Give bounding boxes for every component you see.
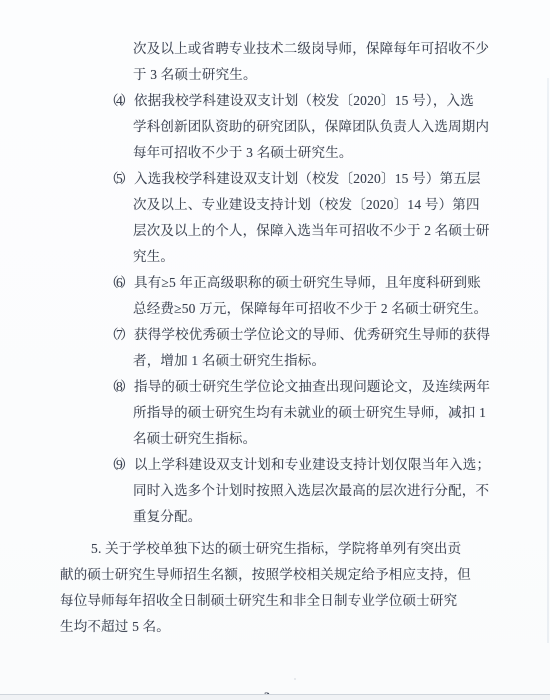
document-body: 次及以上或省聘专业技术二级岗导师，保障每年可招收不少于 3 名硕士研究生。（4）… [0,36,550,640]
item-wrapped-line: 重复分配。 [133,504,550,530]
numbered-item-first-line: （5）入选我校学科建设双支计划（校发〔2020〕15 号）第五层 [105,166,550,192]
numbered-item: （9）以上学科建设双支计划和专业建设支持计划仅限当年入选；同时入选多个计划时按照… [0,452,550,530]
numbered-item-first-line: （8）指导的硕士研究生学位论文抽查出现问题论文，及连续两年 [105,374,550,400]
item-line-text: 具有≥5 年正高级职称的硕士研究生导师，且年度科研到账 [134,275,481,290]
item-line-text: 入选我校学科建设双支计划（校发〔2020〕15 号）第五层 [134,171,481,186]
item-wrapped-line: 每年可招收不少于 3 名硕士研究生。 [133,140,550,166]
numbered-item-first-line: （4）依据我校学科建设双支计划（校发〔2020〕15 号），入选 [105,88,550,114]
carryover-line: 次及以上或省聘专业技术二级岗导师，保障每年可招收不少 [133,36,550,62]
closing-paragraph-line: 生均不超过 5 名。 [60,614,550,640]
item-line-text: 指导的硕士研究生学位论文抽查出现问题论文，及连续两年 [134,379,490,394]
item-number-marker: （6） [105,270,133,296]
item-number-marker: （5） [105,166,133,192]
scan-speckle [294,678,296,680]
item-wrapped-line: 学科创新团队资助的研究团队，保障团队负责人入选周期内 [133,114,550,140]
scan-speckle [482,384,485,387]
numbered-item-first-line: （6）具有≥5 年正高级职称的硕士研究生导师，且年度科研到账 [105,270,550,296]
item-wrapped-line: 所指导的硕士研究生均有未就业的硕士研究生导师，减扣 1 [133,400,550,426]
item-wrapped-line: 次及以上、专业建设支持计划（校发〔2020〕14 号）第四 [133,192,550,218]
item-number-marker: （7） [105,322,133,348]
page-bottom-edge [0,694,550,700]
numbered-item: （4）依据我校学科建设双支计划（校发〔2020〕15 号），入选学科创新团队资助… [0,88,550,166]
closing-paragraph-line: 每位导师每年招收全日制硕士研究生和非全日制专业学位硕士研究 [60,588,550,614]
item-wrapped-line: 名硕士研究生指标。 [133,426,550,452]
numbered-item: （7）获得学校优秀硕士学位论文的导师、优秀研究生导师的获得者，增加 1 名硕士研… [0,322,550,374]
item-wrapped-line: 总经费≥50 万元，保障每年可招收不少于 2 名硕士研究生。 [133,296,550,322]
item-wrapped-line: 层次及以上的个人，保障入选当年可招收不少于 2 名硕士研 [133,218,550,244]
item-number-marker: （4） [105,88,133,114]
scanned-document-page: 次及以上或省聘专业技术二级岗导师，保障每年可招收不少于 3 名硕士研究生。（4）… [0,0,550,700]
item-number-marker: （9） [105,452,133,478]
item-wrapped-line: 究生。 [133,244,550,270]
scan-edge-line [547,78,549,643]
numbered-item: （6）具有≥5 年正高级职称的硕士研究生导师，且年度科研到账总经费≥50 万元，… [0,270,550,322]
closing-paragraph-line: 5. 关于学校单独下达的硕士研究生指标，学院将单列有突出贡 [60,536,550,562]
item-line-text: 以上学科建设双支计划和专业建设支持计划仅限当年入选； [134,457,490,472]
numbered-item: （8）指导的硕士研究生学位论文抽查出现问题论文，及连续两年所指导的硕士研究生均有… [0,374,550,452]
closing-paragraph-line: 献的硕士研究生导师招生名额，按照学校相关规定给予相应支持，但 [60,562,550,588]
page-number: 3 [264,687,278,694]
numbered-item-first-line: （9）以上学科建设双支计划和专业建设支持计划仅限当年入选； [105,452,550,478]
item-wrapped-line: 者，增加 1 名硕士研究生指标。 [133,348,550,374]
numbered-item: （5）入选我校学科建设双支计划（校发〔2020〕15 号）第五层次及以上、专业建… [0,166,550,270]
carryover-line: 于 3 名硕士研究生。 [133,62,550,88]
carryover-paragraph: 次及以上或省聘专业技术二级岗导师，保障每年可招收不少于 3 名硕士研究生。 [0,36,550,88]
item-line-text: 依据我校学科建设双支计划（校发〔2020〕15 号），入选 [134,93,474,108]
item-number-marker: （8） [105,374,133,400]
item-line-text: 获得学校优秀硕士学位论文的导师、优秀研究生导师的获得 [134,327,490,342]
item-wrapped-line: 同时入选多个计划时按照入选层次最高的层次进行分配，不 [133,478,550,504]
closing-paragraph: 5. 关于学校单独下达的硕士研究生指标，学院将单列有突出贡献的硕士研究生导师招生… [0,536,550,640]
numbered-item-first-line: （7）获得学校优秀硕士学位论文的导师、优秀研究生导师的获得 [105,322,550,348]
